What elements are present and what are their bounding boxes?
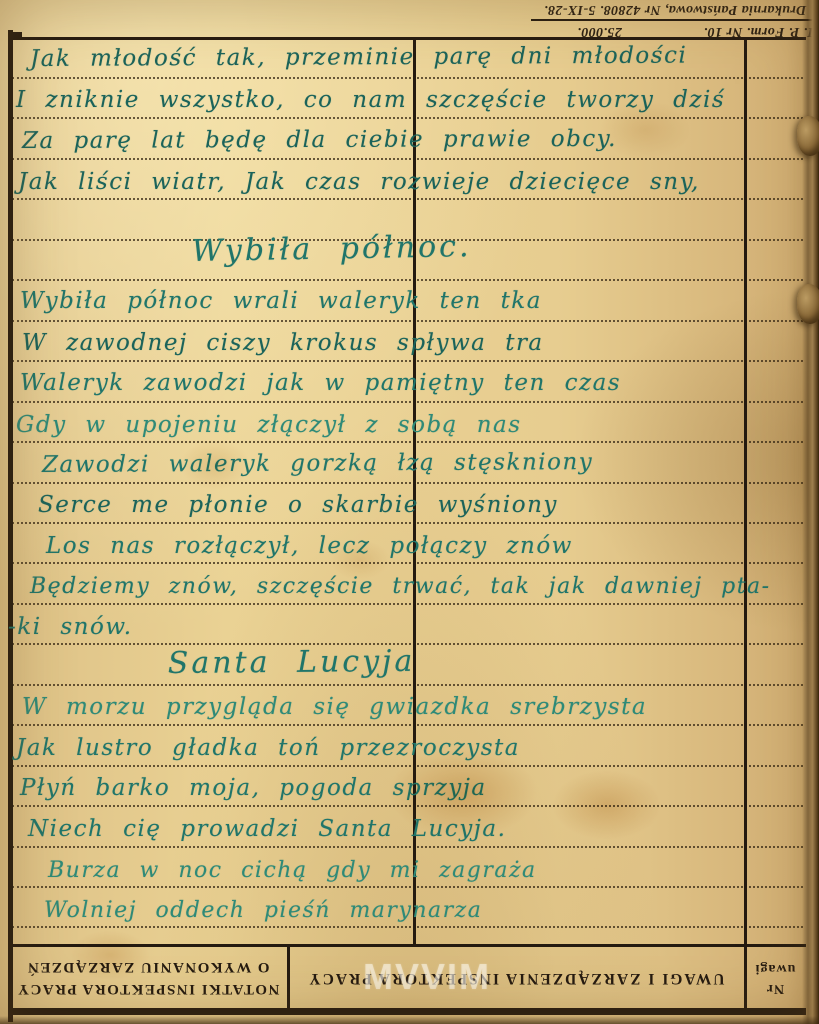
handwriting-line: Wolniej oddech pieśń marynarza xyxy=(44,898,482,923)
ruled-line xyxy=(12,603,803,605)
printer-imprint: I. P. Form. Nr 10. 25.000. Drukarnia Pań… xyxy=(531,0,819,40)
handwriting-line: W morzu przygląda się gwiazdka srebrzyst… xyxy=(22,694,647,720)
ruled-line xyxy=(12,846,803,848)
right-column-line xyxy=(744,38,747,1012)
scanned-notebook-page: I. P. Form. Nr 10. 25.000. Drukarnia Pań… xyxy=(0,0,819,1024)
ruled-line xyxy=(12,77,803,79)
corner-mark xyxy=(12,32,22,38)
ruled-line xyxy=(12,158,803,160)
imprint-form-no: I. P. Form. Nr 10. xyxy=(703,23,813,39)
handwriting-line: Płyń barko moja, pogoda sprzyja xyxy=(20,775,487,801)
ruled-line xyxy=(12,522,803,524)
handwriting-line: Waleryk zawodzi jak w pamiętny ten czas xyxy=(20,370,621,396)
footer-notes-line2: O WYKONANIU ZARZĄDZEŃ xyxy=(27,956,270,979)
ruled-line xyxy=(12,482,803,484)
footer-nr-line2: uwagi xyxy=(755,958,796,978)
handwriting-line: Gdy w upojeniu złączył z sobą nas xyxy=(16,412,522,438)
ruled-line xyxy=(12,441,803,443)
binding-knot xyxy=(797,284,819,324)
handwriting-line: Za parę lat będę dla ciebie prawie obcy. xyxy=(22,126,617,154)
poem-title-santa-lucyja: Santa Lucyja xyxy=(168,644,416,681)
handwriting-line: I zniknie wszystko, co nam szczęście two… xyxy=(16,87,725,113)
ruled-line xyxy=(12,724,803,726)
ruled-line xyxy=(12,279,803,281)
poem-title-wybila-polnoc: Wybiła północ. xyxy=(191,229,471,269)
handwriting-line: Burza w noc cichą gdy mi zagraża xyxy=(48,858,537,883)
imprint-form-row: I. P. Form. Nr 10. 25.000. xyxy=(531,21,819,40)
archive-watermark: MVVIM xyxy=(363,956,491,998)
footer-cell-remarks: UWAGI I ZARZĄDZENIA INSPEKTORA PRACY xyxy=(290,947,742,1009)
ruled-line xyxy=(12,320,803,322)
footer-cell-notes: NOTATKI INSPEKTORA PRACY O WYKONANIU ZAR… xyxy=(10,947,286,1009)
handwriting-line: Serce me płonie o skarbie wyśniony xyxy=(38,492,558,518)
imprint-printer-line: Drukarnia Państwowa, Nr 42808. 5-IX-28. xyxy=(531,0,819,21)
ruled-line xyxy=(12,886,803,888)
footer-notes-line1: NOTATKI INSPEKTORA PRACY xyxy=(17,978,280,1001)
ruled-line xyxy=(12,765,803,767)
handwriting-line: Zawodzi waleryk gorzką łzą stęskniony xyxy=(42,449,593,478)
handwriting-line: Jak liści wiatr, Jak czas rozwieje dziec… xyxy=(18,169,700,195)
handwriting-line: -ki snów. xyxy=(8,614,133,640)
handwriting-line: Jak młodość tak, przeminie parę dni młod… xyxy=(30,43,687,72)
handwriting-line: Los nas rozłączył, lecz połączy znów xyxy=(46,533,573,559)
ruled-line xyxy=(12,926,803,928)
ruled-line xyxy=(12,684,803,686)
ruled-line xyxy=(12,562,803,564)
page-bottom-shadow xyxy=(0,1016,819,1024)
ruled-line xyxy=(12,360,803,362)
handwriting-line: W zawodnej ciszy krokus spływa tra xyxy=(22,330,544,356)
handwriting-line: Będziemy znów, szczęście trwać, tak jak … xyxy=(30,574,771,599)
binding-knot xyxy=(797,116,819,156)
handwriting-line: Jak lustro gładka toń przezroczysta xyxy=(16,735,520,761)
ruled-line xyxy=(12,805,803,807)
frame-left-line xyxy=(8,30,13,1022)
handwriting-line: Niech cię prowadzi Santa Lucyja. xyxy=(28,816,506,842)
ruled-line xyxy=(12,401,803,403)
footer-cell-nr: Nr uwagi xyxy=(746,947,804,1009)
ruled-line xyxy=(12,117,803,119)
frame-bottom-thick-line xyxy=(8,1008,806,1015)
footer-nr-line1: Nr xyxy=(766,978,784,998)
ruled-line xyxy=(12,198,803,200)
imprint-copies: 25.000. xyxy=(577,23,622,39)
handwriting-line: Wybiła północ wrali waleryk ten tka xyxy=(20,288,542,314)
